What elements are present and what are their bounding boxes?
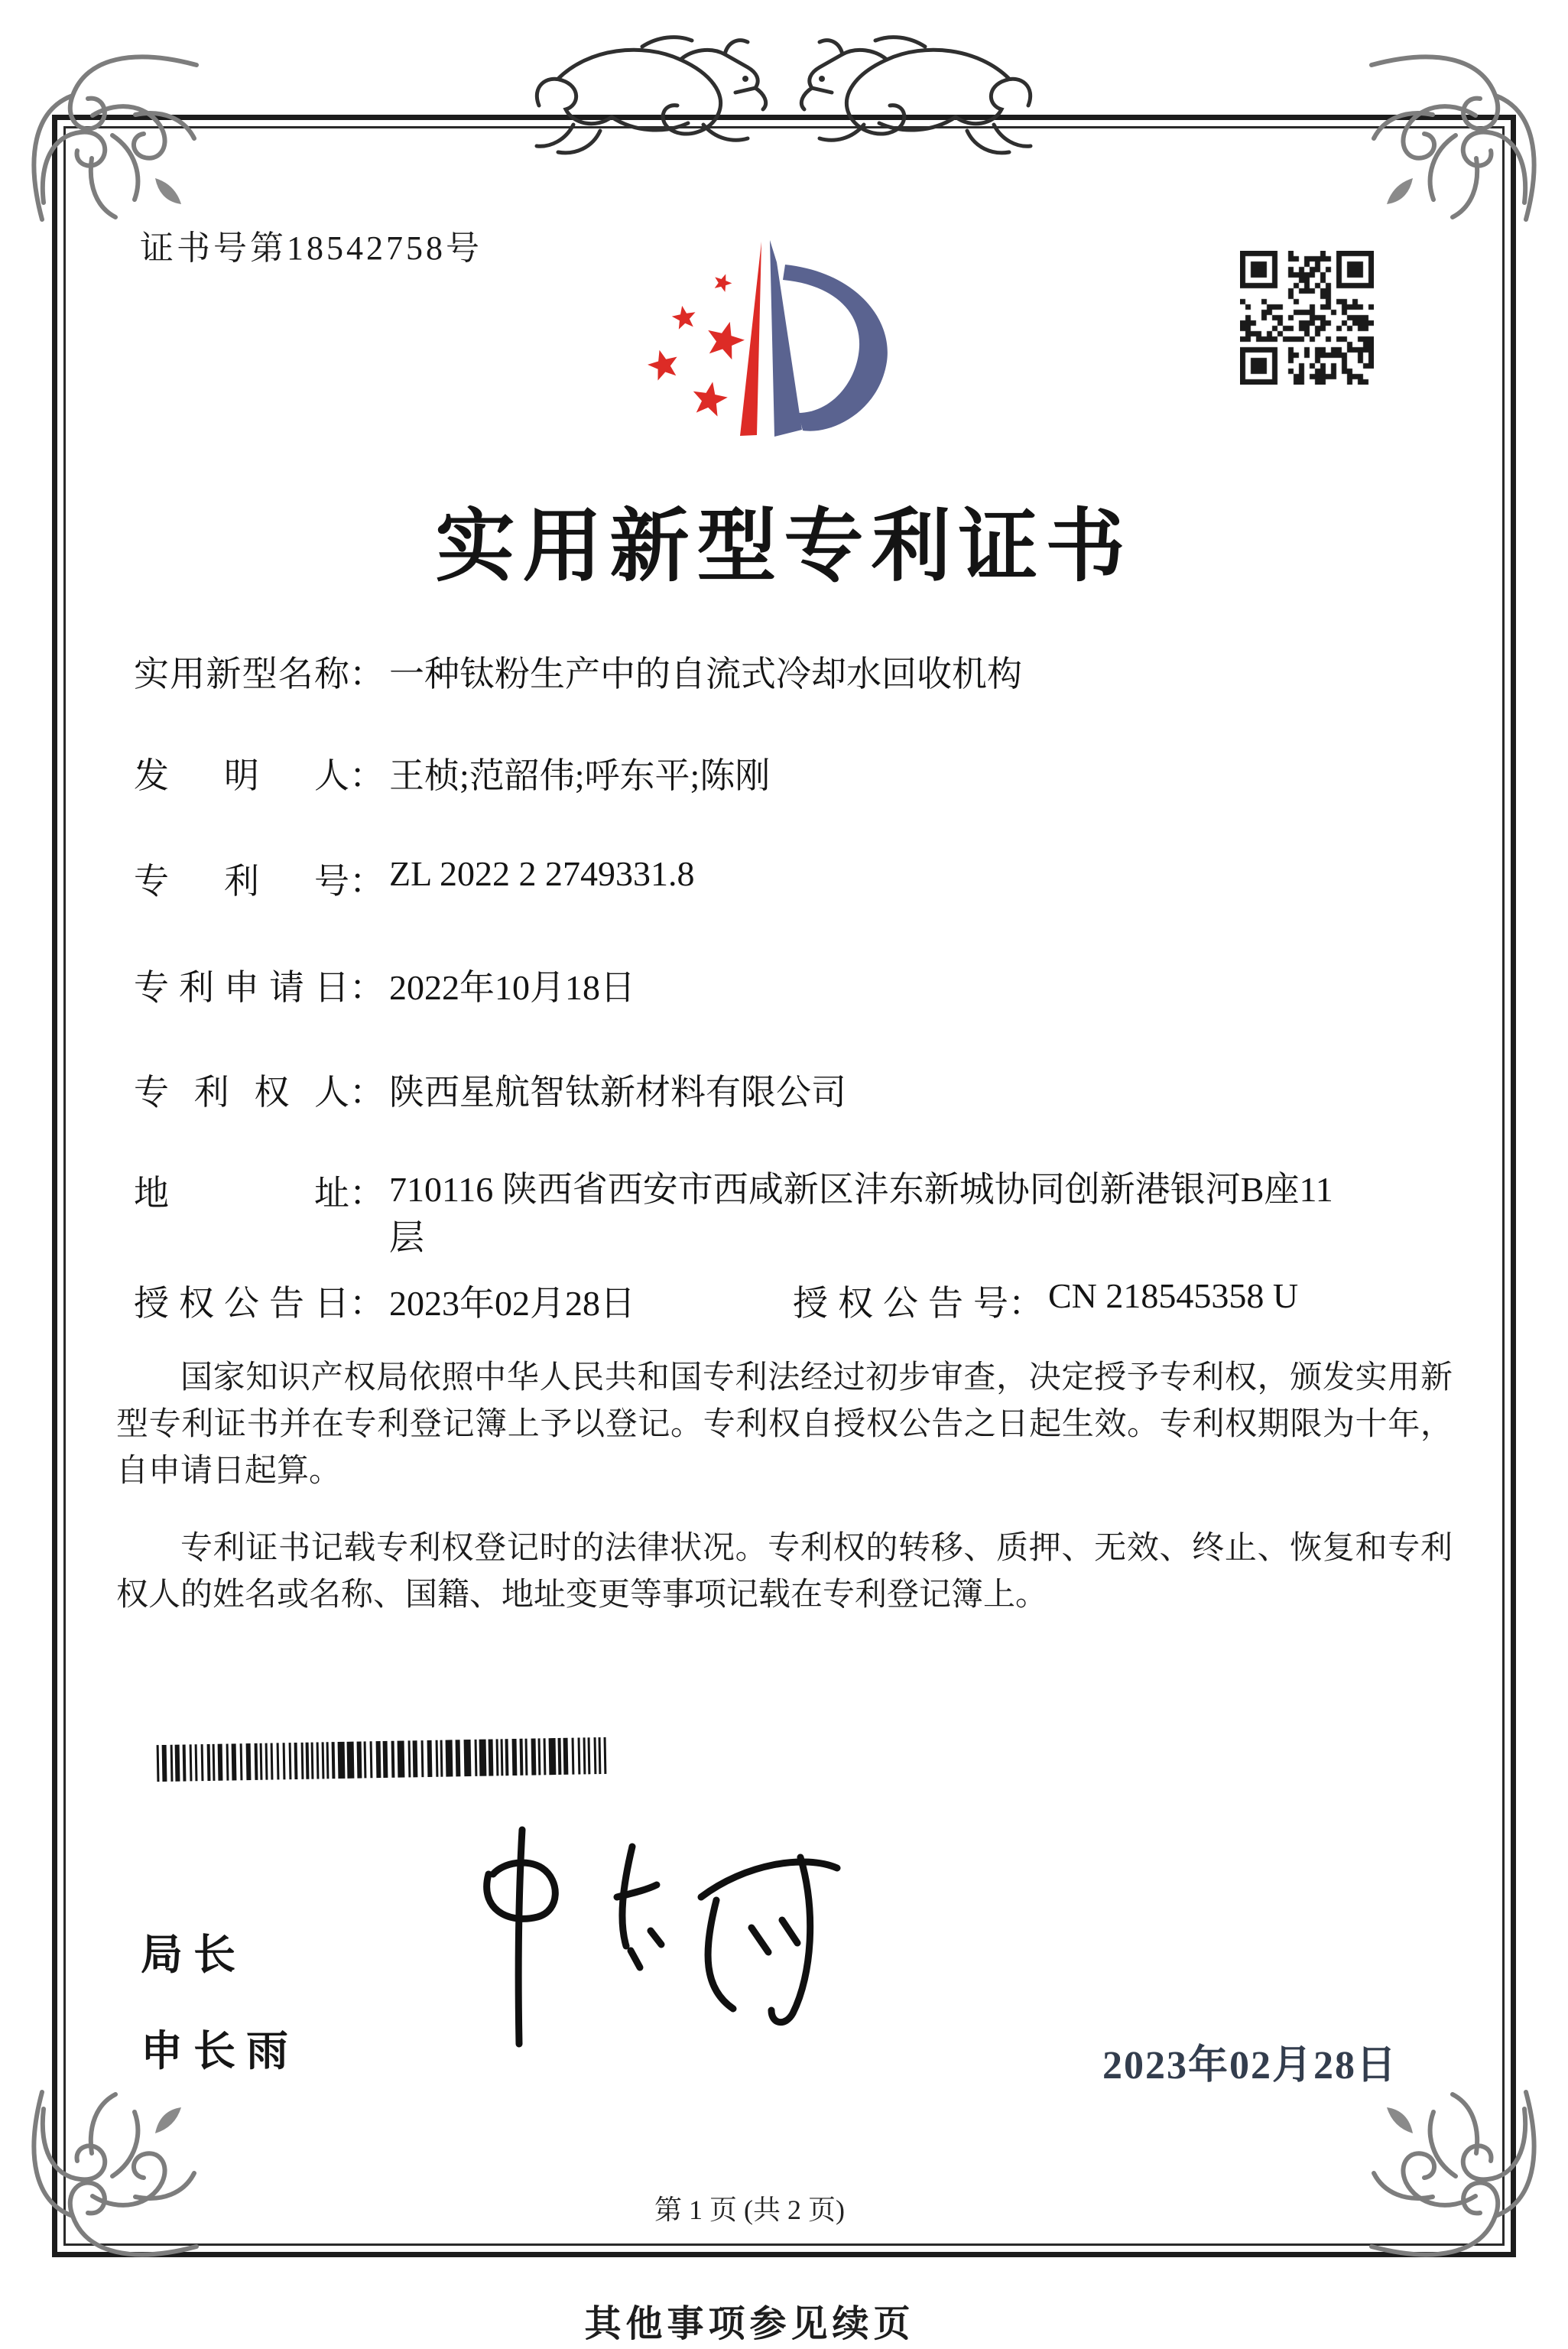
legal-paragraph-2: 专利证书记载专利权登记时的法律状况。专利权的转移、质押、无效、终止、恢复和专利权… [116, 1525, 1453, 1619]
field-colon: ： [1008, 1275, 1048, 1326]
field-row-inventors: 发明人：王桢;范韶伟;呼东平;陈刚 [134, 748, 770, 798]
certificate-page: 证书号第18542758号 实用新型专利证书 实用新型名称：一种钛粉生产中的自流… [0, 0, 1568, 2349]
field-row-grant: 授权公告日：2023年02月28日 授权公告号：CN 218545358 U [134, 1275, 635, 1326]
commissioner-name: 申长雨 [141, 2017, 299, 2078]
field-label: 发明人 [134, 748, 349, 798]
field-label: 专利权人 [134, 1064, 349, 1115]
field-value: 王桢;范韶伟;呼东平;陈刚 [389, 748, 770, 798]
field-row-patent-no: 专利号：ZL 2022 2 2749331.8 [134, 853, 695, 904]
field-row-patentee: 专利权人：陕西星航智钛新材料有限公司 [134, 1064, 846, 1115]
field-colon: ： [349, 748, 389, 798]
field-label: 地址 [134, 1165, 349, 1216]
field-label: 授权公告日 [134, 1275, 349, 1326]
page-number: 第 1 页 (共 2 页) [0, 2188, 1568, 2227]
continuation-note: 其他事项参见续页 [0, 2294, 1568, 2347]
cnipa-logo [612, 220, 948, 480]
commissioner-title: 局长 [141, 1921, 246, 1981]
floral-flourish-bottom-right [1365, 2086, 1549, 2269]
field-value: 2022年10月18日 [389, 960, 635, 1010]
field-colon: ： [349, 853, 389, 904]
qr-code [1240, 251, 1374, 385]
field-row-name: 实用新型名称：一种钛粉生产中的自流式冷却水回收机构 [134, 646, 1022, 697]
field-colon: ： [349, 1275, 389, 1326]
floral-flourish-top-right [1365, 42, 1549, 226]
field-label: 专利申请日 [134, 960, 349, 1010]
field-value: CN 218545358 U [1048, 1275, 1298, 1316]
floral-flourish-bottom-left [19, 2086, 203, 2269]
handwritten-signature [440, 1824, 852, 2053]
dragon-ornament [528, 29, 1040, 163]
field-colon: ： [349, 646, 389, 697]
field-colon: ： [349, 960, 389, 1010]
legal-paragraph-1: 国家知识产权局依照中华人民共和国专利法经过初步审查，决定授予专利权，颁发实用新型… [116, 1355, 1453, 1495]
field-colon: ： [349, 1064, 389, 1115]
floral-flourish-top-left [19, 42, 203, 226]
field-row-filing-date: 专利申请日：2022年10月18日 [134, 960, 635, 1010]
issue-date: 2023年02月28日 [1102, 2032, 1398, 2090]
legal-text-block: 国家知识产权局依照中华人民共和国专利法经过初步审查，决定授予专利权，颁发实用新型… [116, 1355, 1453, 1649]
field-row-address: 地址：710116 陕西省西安市西咸新区沣东新城协同创新港银河B座11层 [134, 1165, 1364, 1262]
field-value: 2023年02月28日 [389, 1275, 635, 1326]
field-value: 陕西星航智钛新材料有限公司 [389, 1064, 846, 1115]
field-pair-grant-number: 授权公告号：CN 218545358 U [793, 1275, 1298, 1326]
certificate-title: 实用新型专利证书 [0, 482, 1568, 596]
field-label: 专利号 [134, 853, 349, 904]
field-label: 授权公告号 [793, 1275, 1008, 1326]
field-value: ZL 2022 2 2749331.8 [389, 853, 695, 894]
field-value: 一种钛粉生产中的自流式冷却水回收机构 [389, 646, 1022, 697]
field-value: 710116 陕西省西安市西咸新区沣东新城协同创新港银河B座11层 [389, 1165, 1364, 1262]
field-colon: ： [349, 1165, 389, 1216]
field-label: 实用新型名称 [134, 646, 349, 697]
certificate-number: 证书号第18542758号 [140, 220, 482, 269]
